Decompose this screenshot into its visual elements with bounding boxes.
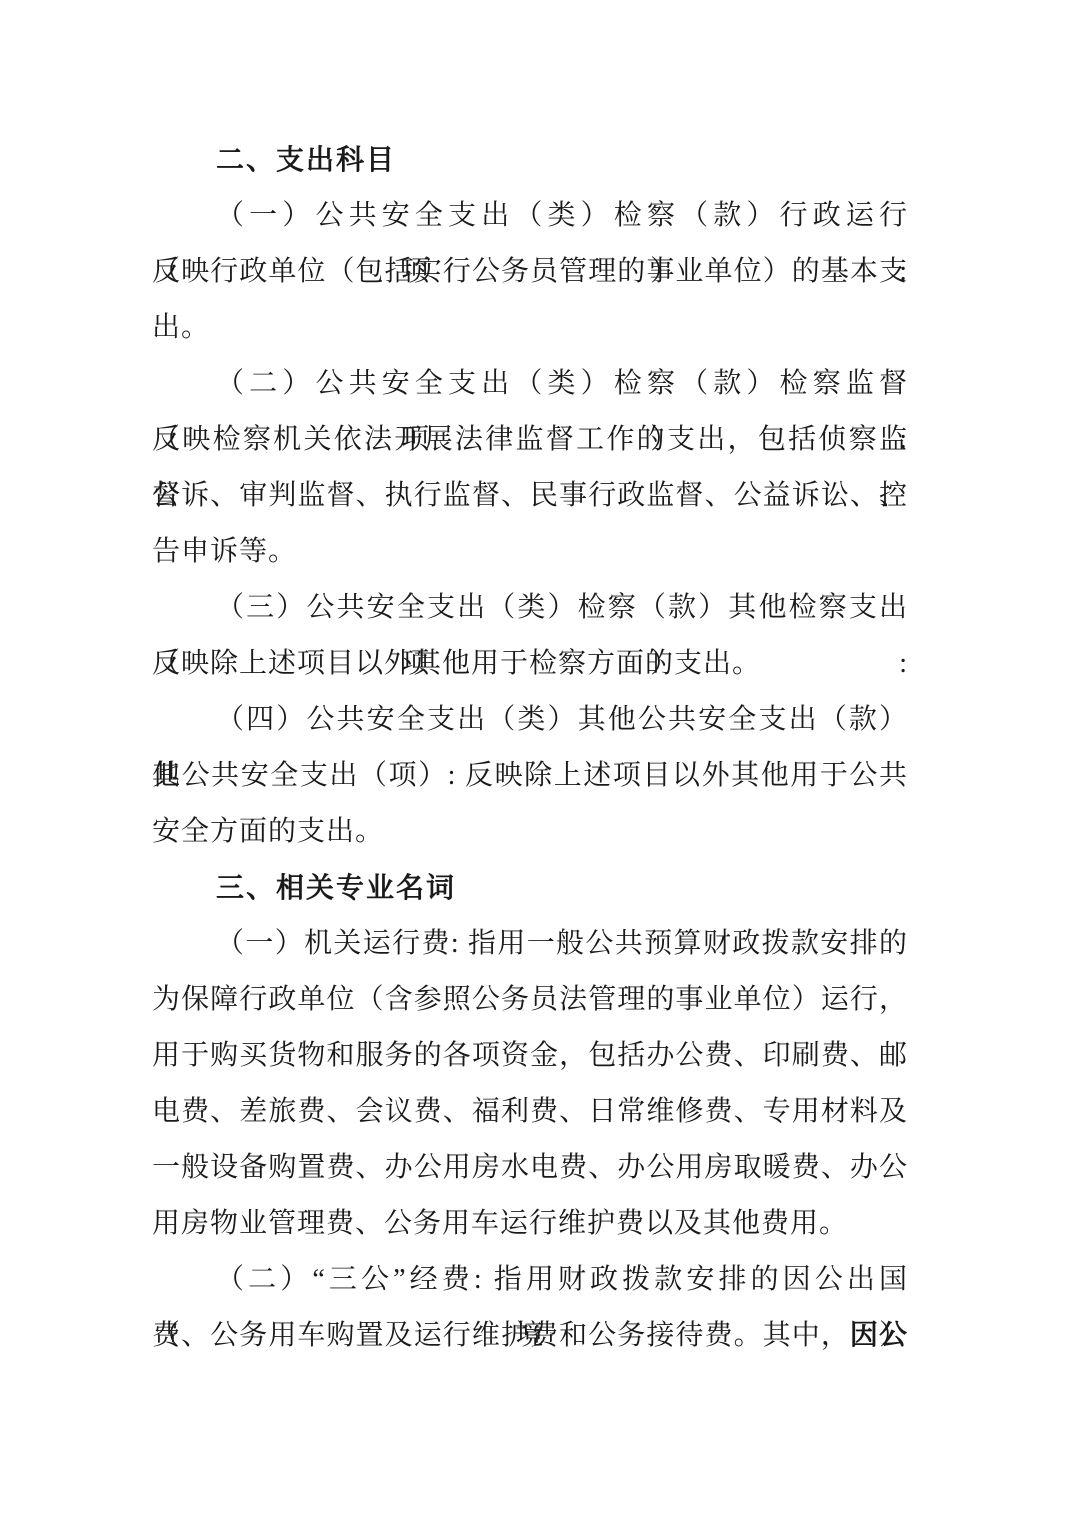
line-text: 三、相关专业名词 (216, 872, 456, 903)
document-page: 二、支出科目（一）公共安全支出（类）检察（款）行政运行（项）:反映行政单位（包括… (0, 0, 1074, 1520)
text-line: 反映检察机关依法开展法律监督工作的支出，包括侦察监督、 (152, 412, 908, 468)
text-line: （三）公共安全支出（类）检察（款）其他检察支出（项）: (152, 580, 908, 636)
text-line: 用房物业管理费、公务用车运行维护费以及其他费用。 (152, 1196, 908, 1252)
line-text: 一般设备购置费、办公用房水电费、办公用房取暖费、办公 (152, 1152, 908, 1183)
section-heading: 二、支出科目 (152, 132, 908, 188)
line-text: （一）机关运行费: 指用一般公共预算财政拨款安排的 (216, 928, 908, 959)
text-line: 电费、差旅费、会议费、福利费、日常维修费、专用材料及 (152, 1084, 908, 1140)
text-line: （二）“三公”经费: 指用财政拨款安排的因公出国（境） (152, 1252, 908, 1308)
line-text: 用于购买货物和服务的各项资金，包括办公费、印刷费、邮 (152, 1040, 908, 1071)
text-line: 用于购买货物和服务的各项资金，包括办公费、印刷费、邮 (152, 1028, 908, 1084)
text-line: 费、公务用车购置及运行维护费和公务接待费。其中，因公 (152, 1308, 908, 1364)
text-line: 一般设备购置费、办公用房水电费、办公用房取暖费、办公 (152, 1140, 908, 1196)
line-text: 电费、差旅费、会议费、福利费、日常维修费、专用材料及 (152, 1096, 908, 1127)
line-text: 出。 (152, 312, 210, 343)
bold-emphasis-text: 因公 (850, 1320, 908, 1351)
text-line: （二）公共安全支出（类）检察（款）检察监督（项）: (152, 356, 908, 412)
text-line: （一）机关运行费: 指用一般公共预算财政拨款安排的 (152, 916, 908, 972)
line-text: 用房物业管理费、公务用车运行维护费以及其他费用。 (152, 1208, 848, 1239)
line-text: 为保障行政单位（含参照公务员法管理的事业单位）运行， (152, 984, 908, 1015)
line-text: 告申诉等。 (152, 536, 297, 567)
line-text: 公诉、审判监督、执行监督、民事行政监督、公益诉讼、控 (152, 480, 908, 511)
line-text: 反映除上述项目以外其他用于检察方面的支出。 (152, 648, 761, 679)
line-text: 费、公务用车购置及运行维护费和公务接待费。其中， (152, 1320, 850, 1351)
text-line: 他公共安全支出（项）: 反映除上述项目以外其他用于公共 (152, 748, 908, 804)
section-heading: 三、相关专业名词 (152, 860, 908, 916)
text-line: 公诉、审判监督、执行监督、民事行政监督、公益诉讼、控 (152, 468, 908, 524)
text-line: 为保障行政单位（含参照公务员法管理的事业单位）运行， (152, 972, 908, 1028)
line-text: 他公共安全支出（项）: 反映除上述项目以外其他用于公共 (152, 760, 908, 791)
line-text: 反映行政单位（包括实行公务员管理的事业单位）的基本支 (152, 256, 908, 287)
document-text-block: 二、支出科目（一）公共安全支出（类）检察（款）行政运行（项）:反映行政单位（包括… (152, 132, 908, 1364)
text-line: 安全方面的支出。 (152, 804, 908, 860)
line-text: 安全方面的支出。 (152, 816, 384, 847)
text-line: （四）公共安全支出（类）其他公共安全支出（款）其 (152, 692, 908, 748)
text-line: （一）公共安全支出（类）检察（款）行政运行（项）: (152, 188, 908, 244)
line-text: 二、支出科目 (216, 144, 396, 175)
text-line: 告申诉等。 (152, 524, 908, 580)
text-line: 出。 (152, 300, 908, 356)
text-line: 反映行政单位（包括实行公务员管理的事业单位）的基本支 (152, 244, 908, 300)
